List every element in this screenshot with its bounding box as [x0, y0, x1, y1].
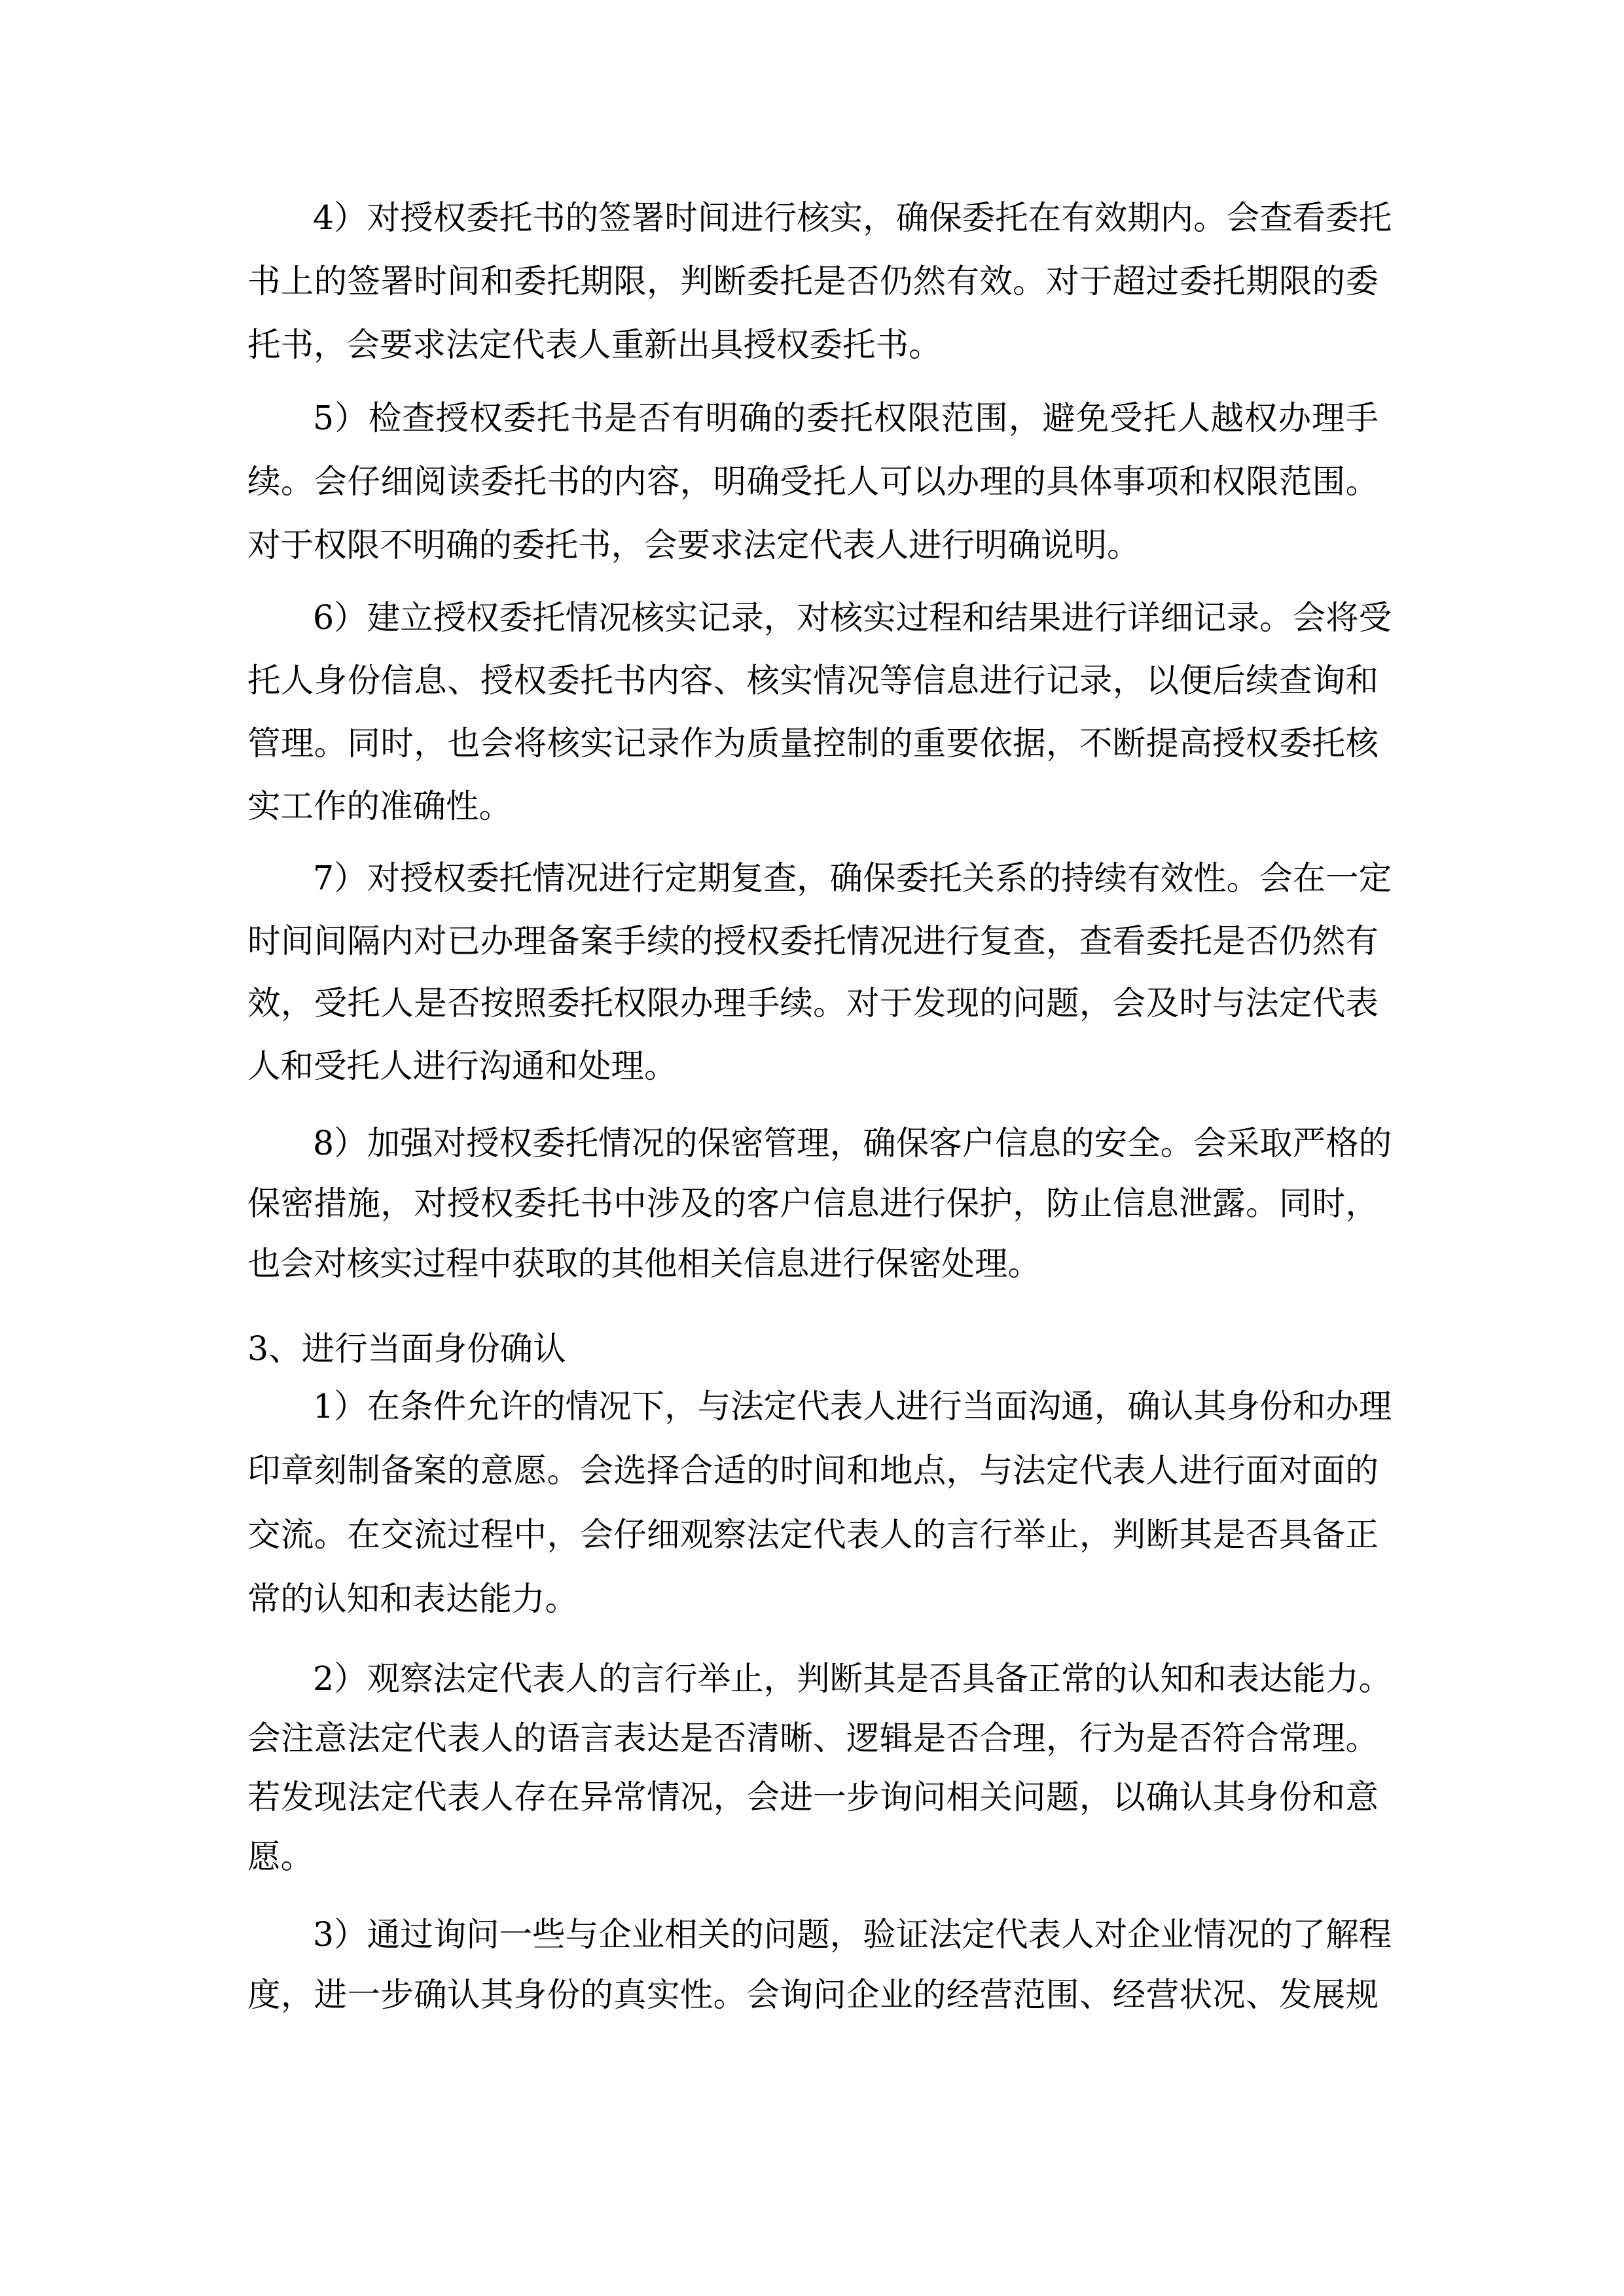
paragraph-line: 7）对授权委托情况进行定期复查，确保委托关系的持续有效性。会在一定 [247, 847, 1379, 910]
paragraph-line: 管理。同时，也会将核实记录作为质量控制的重要依据，不断提高授权委托核 [247, 712, 1379, 775]
paragraph-line: 效，受托人是否按照委托权限办理手续。对于发现的问题，会及时与法定代表 [247, 972, 1379, 1035]
paragraph-line: 时间间隔内对已办理备案手续的授权委托情况进行复查，查看委托是否仍然有 [247, 910, 1379, 973]
paragraph-line: 印章刻制备案的意愿。会选择合适的时间和地点，与法定代表人进行面对面的 [247, 1439, 1379, 1503]
paragraph-line: 常的认知和表达能力。 [247, 1567, 1379, 1631]
paragraph-line: 度，进一步确认其身份的真实性。会询问企业的经营范围、经营状况、发展规 [247, 1965, 1379, 2025]
paragraph-line: 5）检查授权委托书是否有明确的委托权限范围，避免受托人越权办理手 [247, 386, 1379, 450]
paragraph-line: 续。会仔细阅读委托书的内容，明确受托人可以办理的具体事项和权限范围。 [247, 450, 1379, 513]
paragraph-line: 托人身份信息、授权委托书内容、核实情况等信息进行记录，以便后续查询和 [247, 649, 1379, 712]
paragraph-line: 书上的签署时间和委托期限，判断委托是否仍然有效。对于超过委托期限的委 [247, 249, 1379, 313]
paragraph-line: 8）加强对授权委托情况的保密管理，确保客户信息的安全。会采取严格的 [247, 1113, 1379, 1174]
paragraph-item-5: 5）检查授权委托书是否有明确的委托权限范围，避免受托人越权办理手 续。会仔细阅读… [247, 386, 1379, 577]
paragraph-line: 也会对核实过程中获取的其他相关信息进行保密处理。 [247, 1234, 1379, 1294]
paragraph-item-1: 1）在条件允许的情况下，与法定代表人进行当面沟通，确认其身份和办理 印章刻制备案… [247, 1374, 1379, 1631]
section-heading: 3、进行当面身份确认 [247, 1317, 1379, 1380]
paragraph-line: 1）在条件允许的情况下，与法定代表人进行当面沟通，确认其身份和办理 [247, 1374, 1379, 1439]
paragraph-item-2: 2）观察法定代表人的言行举止，判断其是否具备正常的认知和表达能力。 会注意法定代… [247, 1649, 1379, 1886]
paragraph-line: 对于权限不明确的委托书，会要求法定代表人进行明确说明。 [247, 513, 1379, 577]
paragraph-line: 托书，会要求法定代表人重新出具授权委托书。 [247, 313, 1379, 376]
paragraph-item-8: 8）加强对授权委托情况的保密管理，确保客户信息的安全。会采取严格的 保密措施，对… [247, 1113, 1379, 1294]
paragraph-line: 2）观察法定代表人的言行举止，判断其是否具备正常的认知和表达能力。 [247, 1649, 1379, 1709]
paragraph-line: 交流。在交流过程中，会仔细观察法定代表人的言行举止，判断其是否具备正 [247, 1503, 1379, 1567]
paragraph-line: 保密措施，对授权委托书中涉及的客户信息进行保护，防止信息泄露。同时， [247, 1174, 1379, 1234]
paragraph-line: 若发现法定代表人存在异常情况，会进一步询问相关问题，以确认其身份和意 [247, 1768, 1379, 1827]
paragraph-line: 人和受托人进行沟通和处理。 [247, 1035, 1379, 1098]
section-heading-text: 3、进行当面身份确认 [247, 1317, 1379, 1380]
paragraph-item-6: 6）建立授权委托情况核实记录，对核实过程和结果进行详细记录。会将受 托人身份信息… [247, 586, 1379, 838]
paragraph-line: 6）建立授权委托情况核实记录，对核实过程和结果进行详细记录。会将受 [247, 586, 1379, 649]
paragraph-item-3: 3）通过询问一些与企业相关的问题，验证法定代表人对企业情况的了解程 度，进一步确… [247, 1905, 1379, 2025]
paragraph-line: 愿。 [247, 1827, 1379, 1887]
paragraph-line: 会注意法定代表人的语言表达是否清晰、逻辑是否合理，行为是否符合常理。 [247, 1709, 1379, 1768]
paragraph-line: 3）通过询问一些与企业相关的问题，验证法定代表人对企业情况的了解程 [247, 1905, 1379, 1965]
paragraph-item-7: 7）对授权委托情况进行定期复查，确保委托关系的持续有效性。会在一定 时间间隔内对… [247, 847, 1379, 1097]
document-page: 4）对授权委托书的签署时间进行核实，确保委托在有效期内。会查看委托 书上的签署时… [0, 0, 1624, 2296]
paragraph-item-4: 4）对授权委托书的签署时间进行核实，确保委托在有效期内。会查看委托 书上的签署时… [247, 186, 1379, 376]
paragraph-line: 4）对授权委托书的签署时间进行核实，确保委托在有效期内。会查看委托 [247, 186, 1379, 249]
paragraph-line: 实工作的准确性。 [247, 775, 1379, 838]
